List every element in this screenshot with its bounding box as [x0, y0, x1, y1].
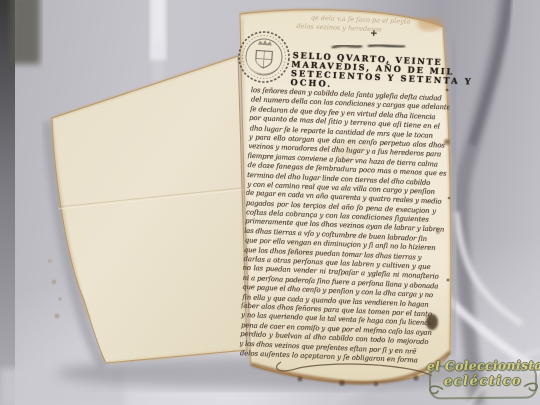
manuscript-body-text: los ſeñores dean y cabildo dela ſanta yg…: [239, 86, 450, 370]
watermark-swirl-right-icon: [523, 380, 539, 394]
watermark-text-line1: el Coleccionista: [427, 358, 539, 374]
photograph-antique-manuscript: qe dela v.a ſe ſaco pa el pleytodelos ve…: [0, 0, 540, 405]
watermark-swirl-left-icon: [428, 382, 444, 396]
invocation-cross-mark: +: [370, 29, 378, 39]
collector-watermark-logo: el Coleccionista ecléctico: [427, 358, 539, 403]
